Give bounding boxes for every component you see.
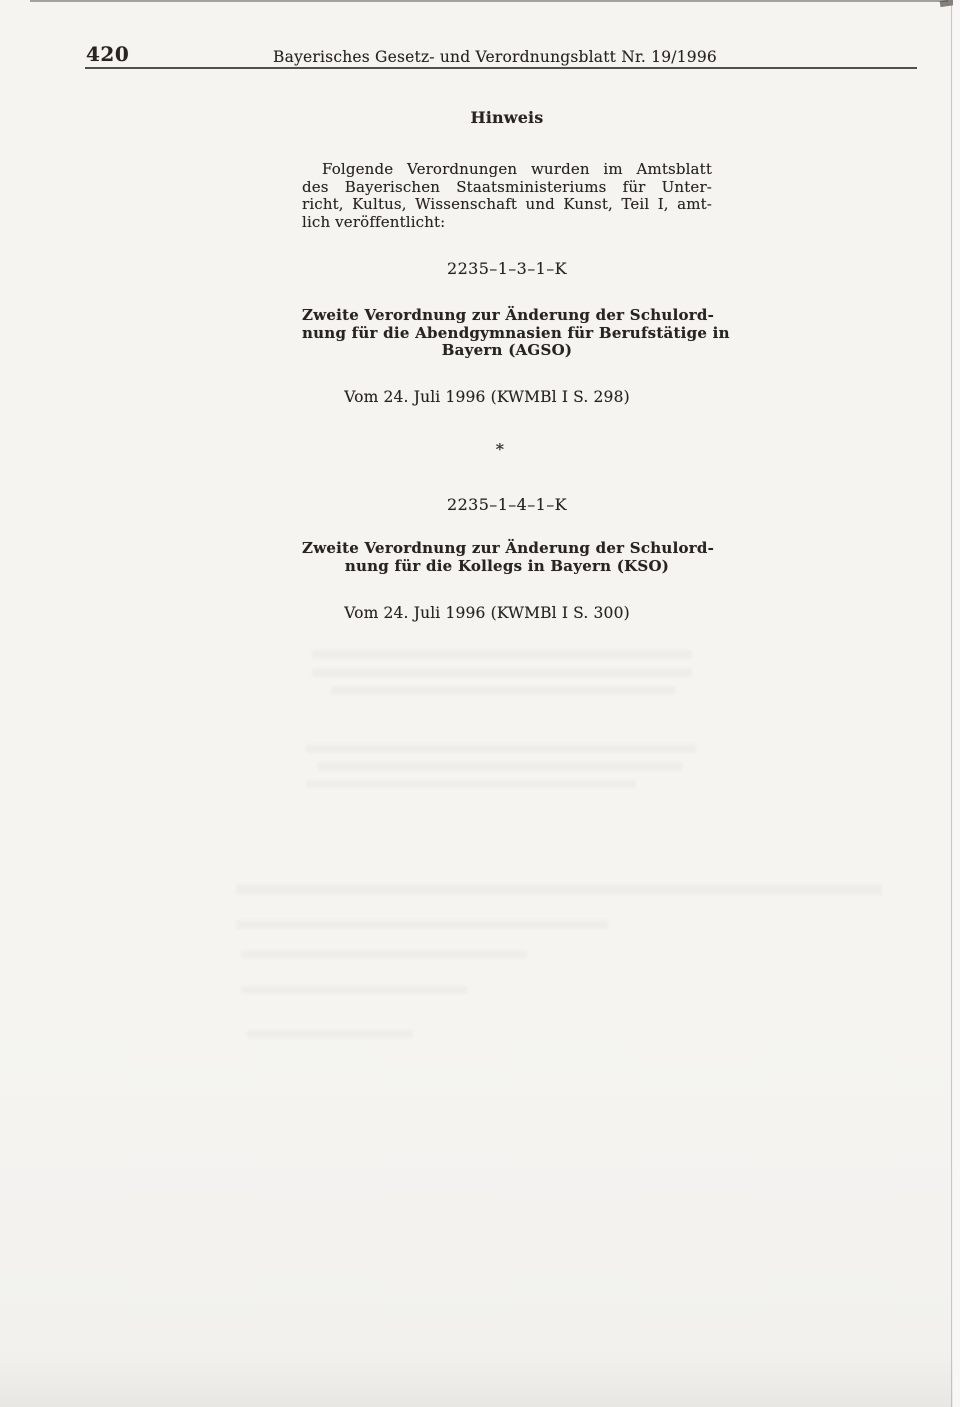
text-line: lich veröffentlicht: xyxy=(302,214,712,232)
gazette-header-title: Bayerisches Gesetz- und Verordnungsblatt… xyxy=(200,48,790,66)
text-line: nung für die Abendgymnasien für Berufstä… xyxy=(302,325,712,343)
regulation-code: 2235–1–3–1–K xyxy=(302,260,712,278)
bleed-through-artifact xyxy=(241,986,467,994)
bleed-through-artifact xyxy=(247,1030,413,1038)
text-line: richt, Kultus, Wissenschaft und Kunst, T… xyxy=(302,196,712,214)
text-line: nung für die Kollegs in Bayern (KSO) xyxy=(302,558,712,576)
scan-margin-strip xyxy=(953,0,960,1407)
notice-heading: Hinweis xyxy=(302,109,712,127)
bleed-through-artifact xyxy=(241,950,527,959)
scan-edge-right xyxy=(951,0,952,1407)
bleed-through-artifact xyxy=(318,762,682,771)
regulation-date: Vom 24. Juli 1996 (KWMBl I S. 298) xyxy=(282,389,692,407)
bleed-through-artifact xyxy=(306,780,636,788)
notice-paragraph: Folgende Verordnungen wurden im Amtsblat… xyxy=(302,161,712,231)
bleed-through-artifact xyxy=(312,668,692,677)
scan-edge-top xyxy=(30,0,948,2)
page-number: 420 xyxy=(86,42,129,66)
bleed-through-artifact xyxy=(312,650,692,659)
text-line: Folgende Verordnungen wurden im Amtsblat… xyxy=(302,161,712,179)
text-line: Zweite Verordnung zur Änderung der Schul… xyxy=(302,540,712,558)
regulation-date: Vom 24. Juli 1996 (KWMBl I S. 300) xyxy=(282,605,692,623)
bleed-through-artifact xyxy=(236,920,608,929)
bleed-through-artifact xyxy=(236,884,882,895)
document-page: 420 Bayerisches Gesetz- und Verordnungsb… xyxy=(0,0,960,1407)
regulation-title: Zweite Verordnung zur Änderung der Schul… xyxy=(302,307,712,360)
regulation-title: Zweite Verordnung zur Änderung der Schul… xyxy=(302,540,712,575)
regulation-code: 2235–1–4–1–K xyxy=(302,496,712,514)
bleed-through-artifact xyxy=(306,744,696,753)
text-line: Bayern (AGSO) xyxy=(302,342,712,360)
header-rule xyxy=(85,67,917,69)
text-line: des Bayerischen Staatsministeriums für U… xyxy=(302,179,712,197)
text-line: Zweite Verordnung zur Änderung der Schul… xyxy=(302,307,712,325)
asterisk-separator: * xyxy=(295,441,705,459)
bleed-through-artifact xyxy=(331,686,675,695)
